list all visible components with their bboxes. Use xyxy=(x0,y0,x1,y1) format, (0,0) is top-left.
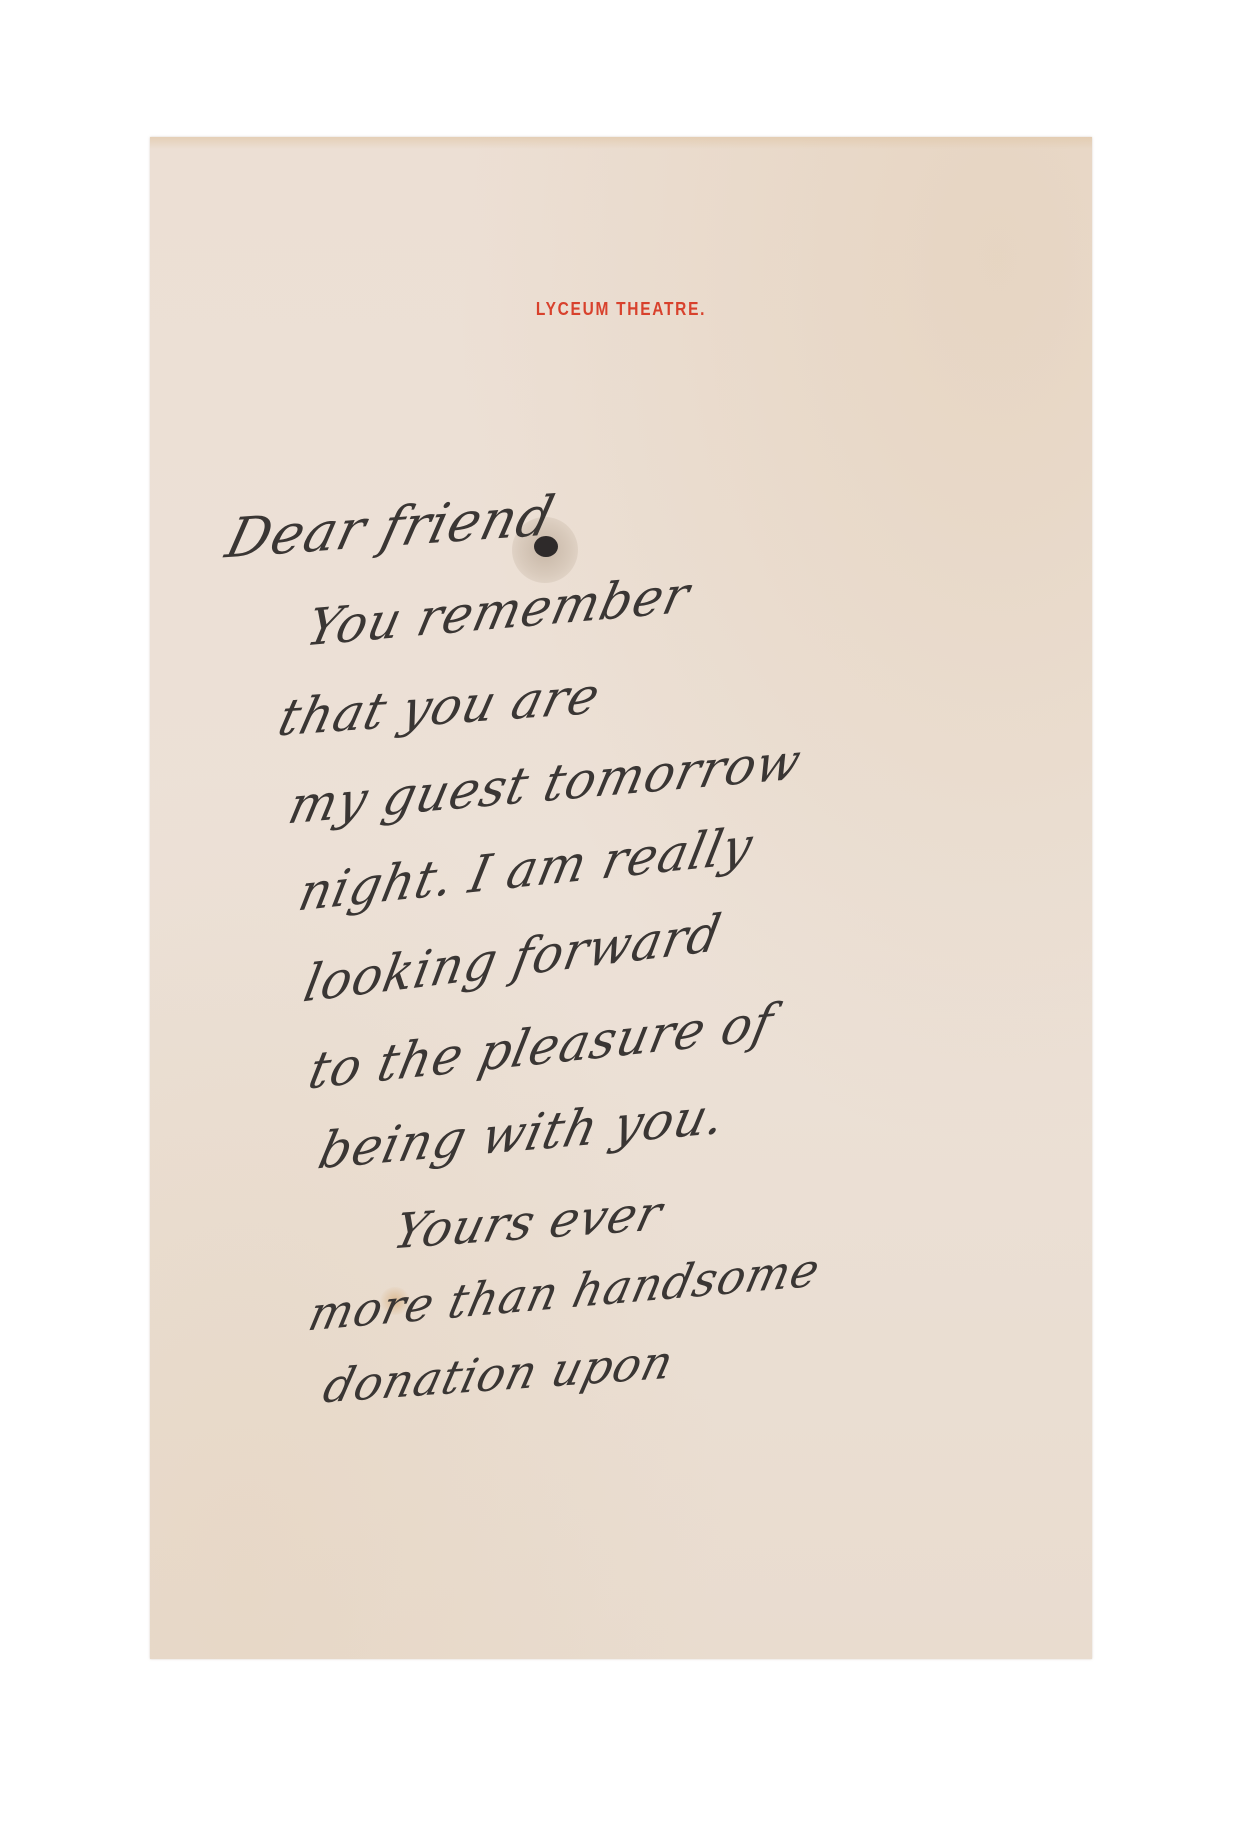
letter-paper: LYCEUM THEATRE. Dear friend You remember… xyxy=(150,137,1092,1659)
letter-line: being with you. xyxy=(313,1086,731,1181)
letter-line: donation upon xyxy=(318,1334,680,1413)
letter-line: looking forward xyxy=(299,903,726,1014)
letter-line: that you are xyxy=(273,666,607,747)
salutation: Dear friend xyxy=(220,484,561,571)
letter-line: more than handsome xyxy=(304,1242,826,1342)
letter-line: You remember xyxy=(301,565,696,658)
handwritten-body: Dear friend You remember that you are my… xyxy=(150,137,1092,1659)
letter-line: to the pleasure of xyxy=(304,993,779,1101)
letter-line: Yours ever xyxy=(388,1185,669,1261)
